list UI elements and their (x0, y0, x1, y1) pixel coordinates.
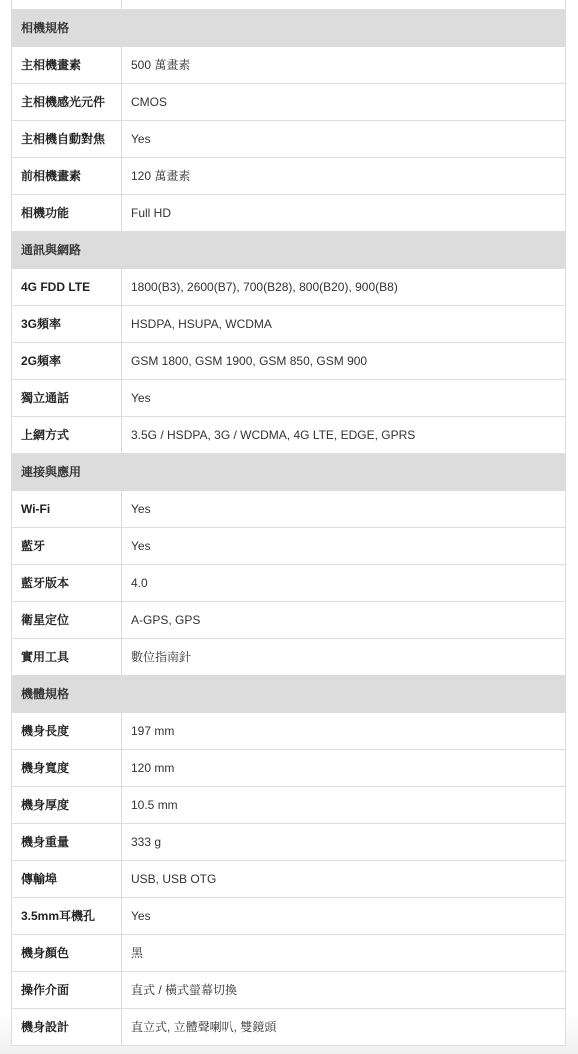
spec-label: 相機功能 (12, 195, 122, 232)
spec-label: 前相機畫素 (12, 158, 122, 195)
spec-label: 操作介面 (12, 972, 122, 1009)
spec-value: 3.5G / HSDPA, 3G / WCDMA, 4G LTE, EDGE, … (122, 417, 566, 454)
spec-value: Yes (122, 898, 566, 935)
table-row: 衛星定位 A-GPS, GPS (12, 602, 566, 639)
table-top-spacer (12, 0, 566, 10)
spec-label: 機身寬度 (12, 750, 122, 787)
table-row: 獨立通話 Yes (12, 380, 566, 417)
table-row: 實用工具 數位指南針 (12, 639, 566, 676)
table-row: 機身重量 333 g (12, 824, 566, 861)
table-row: 前相機畫素 120 萬畫素 (12, 158, 566, 195)
table-row: 傳輸埠 USB, USB OTG (12, 861, 566, 898)
spec-value: 直立式, 立體聲喇叭, 雙鏡頭 (122, 1009, 566, 1046)
spec-label: Wi-Fi (12, 491, 122, 528)
spec-value: CMOS (122, 84, 566, 121)
table-row: Wi-Fi Yes (12, 491, 566, 528)
spec-value: 直式 / 橫式螢幕切換 (122, 972, 566, 1009)
table-row: 上網方式 3.5G / HSDPA, 3G / WCDMA, 4G LTE, E… (12, 417, 566, 454)
spec-label: 藍牙 (12, 528, 122, 565)
spec-value: GSM 1800, GSM 1900, GSM 850, GSM 900 (122, 343, 566, 380)
spec-value: Yes (122, 121, 566, 158)
spec-value: 120 mm (122, 750, 566, 787)
spec-value: 500 萬畫素 (122, 47, 566, 84)
table-row: 藍牙 Yes (12, 528, 566, 565)
spec-label: 4G FDD LTE (12, 269, 122, 306)
spec-label: 上網方式 (12, 417, 122, 454)
table-row: 操作介面 直式 / 橫式螢幕切換 (12, 972, 566, 1009)
spec-label: 2G頻率 (12, 343, 122, 380)
spec-label: 主相機畫素 (12, 47, 122, 84)
table-row: 4G FDD LTE 1800(B3), 2600(B7), 700(B28),… (12, 269, 566, 306)
spec-value: 黑 (122, 935, 566, 972)
spec-value: A-GPS, GPS (122, 602, 566, 639)
section-header-network: 通訊與網路 (12, 232, 566, 269)
spec-value: USB, USB OTG (122, 861, 566, 898)
spec-value: Yes (122, 491, 566, 528)
table-row: 2G頻率 GSM 1800, GSM 1900, GSM 850, GSM 90… (12, 343, 566, 380)
spec-label: 實用工具 (12, 639, 122, 676)
table-row: 機身厚度 10.5 mm (12, 787, 566, 824)
spec-value: Yes (122, 380, 566, 417)
spec-value: 120 萬畫素 (122, 158, 566, 195)
table-row: 機身顏色 黑 (12, 935, 566, 972)
section-header-body: 機體規格 (12, 676, 566, 713)
spec-value: HSDPA, HSUPA, WCDMA (122, 306, 566, 343)
spec-label: 衛星定位 (12, 602, 122, 639)
spec-label: 藍牙版本 (12, 565, 122, 602)
table-row: 3G頻率 HSDPA, HSUPA, WCDMA (12, 306, 566, 343)
spec-label: 主相機感光元件 (12, 84, 122, 121)
spec-table: 相機規格 主相機畫素 500 萬畫素 主相機感光元件 CMOS 主相機自動對焦 … (11, 0, 566, 1046)
section-title: 機體規格 (12, 676, 566, 713)
section-header-connectivity: 連接與應用 (12, 454, 566, 491)
table-row: 藍牙版本 4.0 (12, 565, 566, 602)
table-row: 主相機畫素 500 萬畫素 (12, 47, 566, 84)
table-row: 機身設計 直立式, 立體聲喇叭, 雙鏡頭 (12, 1009, 566, 1046)
spec-label: 獨立通話 (12, 380, 122, 417)
spec-label: 傳輸埠 (12, 861, 122, 898)
spec-label: 機身長度 (12, 713, 122, 750)
spec-value: 數位指南針 (122, 639, 566, 676)
spec-value: 197 mm (122, 713, 566, 750)
spec-label: 3.5mm耳機孔 (12, 898, 122, 935)
spec-value: Full HD (122, 195, 566, 232)
spec-label: 機身設計 (12, 1009, 122, 1046)
spec-label: 機身厚度 (12, 787, 122, 824)
table-row: 3.5mm耳機孔 Yes (12, 898, 566, 935)
spec-value: 333 g (122, 824, 566, 861)
spec-value: Yes (122, 528, 566, 565)
spec-value: 10.5 mm (122, 787, 566, 824)
spec-label: 機身顏色 (12, 935, 122, 972)
table-row: 相機功能 Full HD (12, 195, 566, 232)
table-row: 主相機自動對焦 Yes (12, 121, 566, 158)
section-header-camera: 相機規格 (12, 10, 566, 47)
spec-value: 1800(B3), 2600(B7), 700(B28), 800(B20), … (122, 269, 566, 306)
table-row: 機身寬度 120 mm (12, 750, 566, 787)
spec-label: 主相機自動對焦 (12, 121, 122, 158)
spec-label: 機身重量 (12, 824, 122, 861)
section-title: 連接與應用 (12, 454, 566, 491)
table-row: 機身長度 197 mm (12, 713, 566, 750)
spec-value: 4.0 (122, 565, 566, 602)
spec-label: 3G頻率 (12, 306, 122, 343)
section-title: 通訊與網路 (12, 232, 566, 269)
table-row: 主相機感光元件 CMOS (12, 84, 566, 121)
section-title: 相機規格 (12, 10, 566, 47)
